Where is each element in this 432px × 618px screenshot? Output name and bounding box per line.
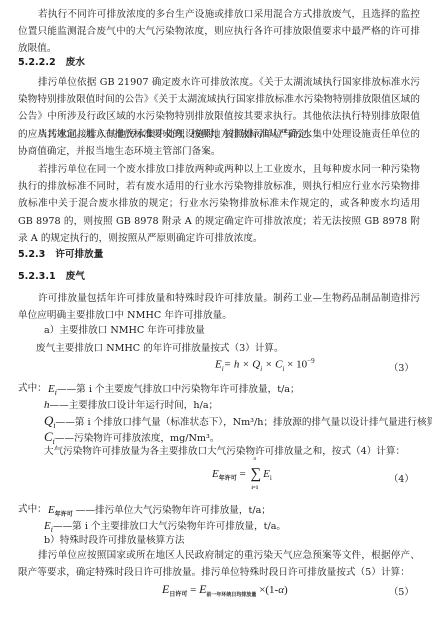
paragraph-eq5-intro: 排污单位应按照国家或所在地区人民政府制定的重污染天气应急预案等文件，根据停产、限…	[18, 547, 420, 581]
section-number: 5.2.3.1	[18, 271, 56, 282]
variable-definition: h——主要排放口设计年运行时间，h/a；	[44, 398, 218, 413]
section-heading-5-2-3-1: 5.2.3.1废气	[18, 268, 85, 282]
paragraph-eq4-intro: 大气污染物许可排放量为各主要排放口大气污染物许可排放量之和，按式（4）计算：	[44, 445, 405, 459]
where-label-eq3: 式中：	[18, 382, 47, 396]
section-heading-5-2-2-2: 5.2.2.2废水	[18, 54, 85, 68]
where-label-eq4: 式中：	[18, 503, 47, 517]
equation-4: E年许可 = n∑i=1Ei	[212, 466, 272, 483]
equation-5: E日许可 = E前一年环统日均排放量 ×(1-α)	[162, 582, 288, 598]
paragraph-mixed-gas: 若执行不同许可排放浓度的多台生产设施或排放口采用混合方式排放废气，且选择的监控位…	[18, 6, 420, 58]
section-title: 废水	[66, 57, 85, 68]
list-item-a: a）主要排放口 NMHC 年许可排放量	[44, 324, 205, 338]
list-item-b: b）特殊时段许可排放量核算方法	[44, 534, 184, 548]
section-heading-5-2-3: 5.2.3许可排放量	[18, 246, 103, 260]
section-number: 5.2.2.2	[18, 57, 56, 68]
paragraph-gas-permitted-amount: 许可排放量包括年许可排放量和特殊时段许可排放量。制药工业—生物药品制品制造排污单…	[18, 290, 420, 324]
paragraph-water-mixed: 若排污单位在同一个废水排放口排放两种或两种以上工业废水，且每种废水同一种污染物执…	[18, 161, 420, 247]
equation-number-4: （4）	[389, 471, 414, 485]
document-page: 若执行不同许可排放浓度的多台生产设施或排放口采用混合方式排放废气，且选择的监控位…	[0, 0, 432, 618]
section-title: 许可排放量	[55, 249, 103, 260]
section-title: 废气	[66, 271, 85, 282]
equation-number-3: （3）	[389, 360, 414, 374]
paragraph-eq3-intro: 废气主要排放口 NMHC 的年许可排放量按式（3）计算。	[36, 342, 284, 356]
summation-symbol: n∑i=1	[250, 466, 261, 483]
paragraph-water-indirect: 当污水间接排入其他污水集中处理设施时，按照排污单位与污水集中处理设施责任单位的协…	[18, 126, 420, 160]
equation-3: Ei= h × Qi × Ci × 10−9	[215, 357, 315, 373]
section-number: 5.2.3	[18, 249, 45, 260]
equation-number-5: （5）	[389, 584, 414, 598]
